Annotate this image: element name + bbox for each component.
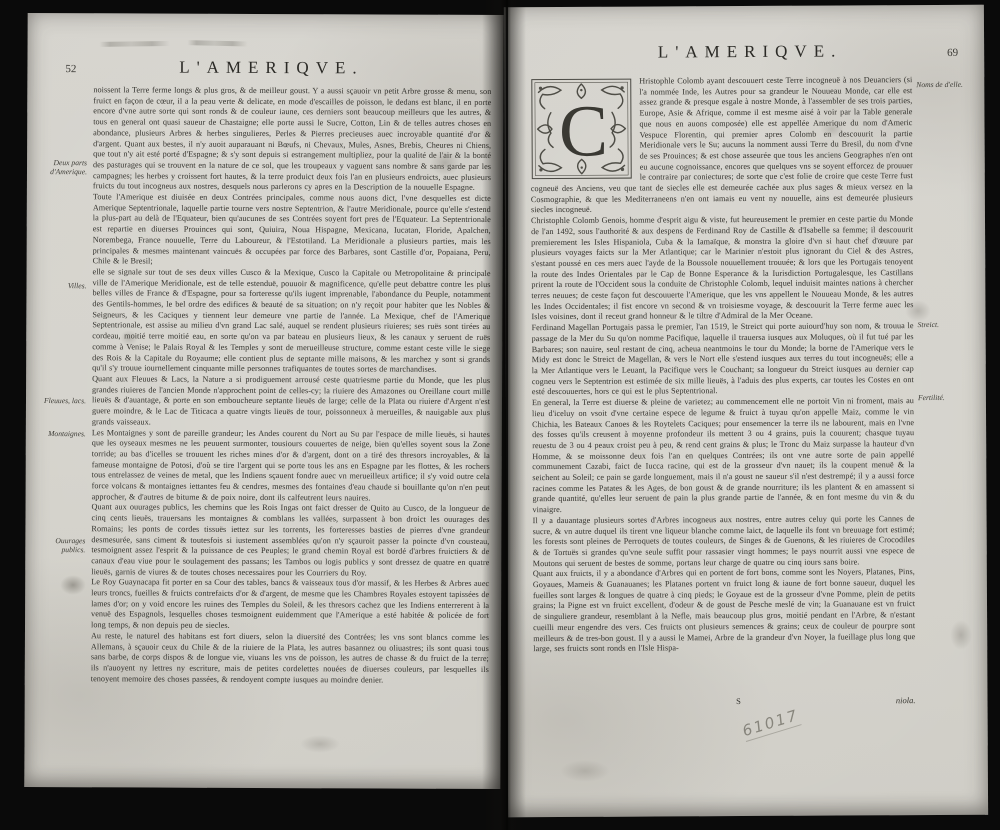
right-body-text: C Hristophle Colomb ayant descouuert ces…	[530, 75, 915, 693]
signature-mark: S	[631, 695, 845, 706]
left-body-text: noissent la Terre ferme longs & plus gro…	[91, 85, 492, 729]
right-page: L'AMERIQVE. 69 Noms de d'elle. Streict. …	[504, 5, 988, 818]
right-running-title: L'AMERIQVE.	[602, 41, 898, 63]
left-running-head: 52 L'AMERIQVE.	[27, 57, 503, 79]
right-page-number: 69	[898, 47, 984, 59]
catchword: niola.	[845, 695, 915, 705]
margin-note-division: Deux parts d'Amerique.	[35, 159, 90, 177]
right-paragraph: Quant aux fruicts, il y a abondance d'Ar…	[533, 567, 915, 655]
margin-note-streict: Streict.	[918, 321, 980, 330]
drop-cap-ornament-icon: C	[530, 78, 633, 181]
left-paragraph: Au reste, le naturel des habitans est fo…	[91, 631, 489, 686]
left-paragraph: Quant aux Fleuues & Lacs, la Nature a si…	[92, 374, 490, 429]
svg-text:C: C	[559, 90, 608, 171]
signature-row: S niola.	[533, 695, 915, 707]
left-paragraph: Le Roy Guaynacapa fit porter en sa Cour …	[91, 578, 489, 633]
left-paragraph: Les Montaignes y sont de pareille grande…	[92, 428, 490, 505]
right-running-head: L'AMERIQVE. 69	[504, 41, 984, 64]
margin-note-montaignes: Montaignes.	[34, 430, 89, 439]
left-page-number: 52	[27, 63, 125, 75]
right-paragraph-opening: C Hristophle Colomb ayant descouuert ces…	[530, 75, 913, 216]
margin-note-noms: Noms de d'elle.	[916, 81, 978, 90]
pencil-scribble	[188, 40, 248, 46]
left-page: 52 L'AMERIQVE. Deux parts d'Amerique. Vi…	[24, 13, 503, 789]
left-running-title: L'AMERIQVE.	[125, 57, 417, 78]
pencil-scribble	[100, 41, 170, 47]
left-paragraph: Quant aux ouurages publics, les chemins …	[91, 503, 489, 580]
woodcut-initial-C: C	[530, 78, 633, 181]
margin-note-ouvrages: Ouurages publics.	[33, 537, 88, 555]
left-paragraph: noissent la Terre ferme longs & plus gro…	[93, 85, 491, 194]
right-paragraph: Il y a dauantage plusieurs sortes d'Arbr…	[533, 514, 915, 570]
right-paragraph: En general, la Terre est diuerse & plein…	[532, 396, 915, 516]
margin-note-fertilite: Fertilité.	[918, 394, 980, 403]
right-paragraph: Ferdinand Magellan Portugais passa le pr…	[532, 321, 914, 398]
left-paragraph: Toute l'Amerique est diuisée en deux Con…	[93, 192, 491, 269]
margin-note-fleuves: Fleuues, lacs.	[34, 397, 89, 406]
margin-note-villes: Villes.	[34, 282, 89, 291]
left-paragraph: elle se signale sur tout de ses deux vil…	[92, 267, 490, 376]
right-paragraph: Christophle Colomb Genois, homme d'espri…	[531, 214, 914, 323]
scan-background: 52 L'AMERIQVE. Deux parts d'Amerique. Vi…	[0, 0, 1000, 830]
